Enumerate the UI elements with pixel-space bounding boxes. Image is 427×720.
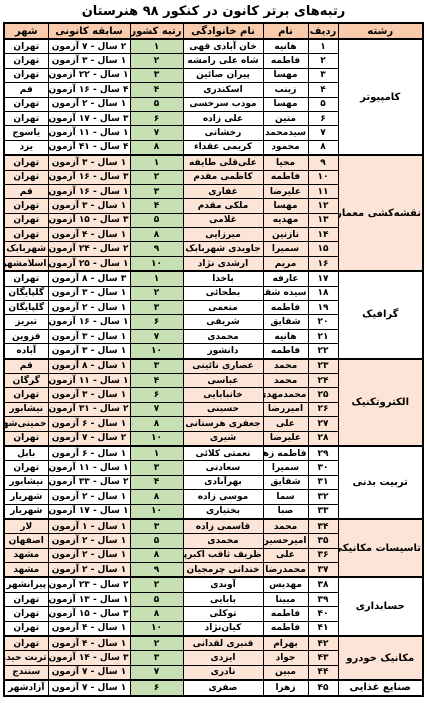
first-name-cell: مهسا	[263, 97, 308, 111]
rank-cell: ۸	[130, 548, 183, 562]
row-index-cell: ۷	[308, 126, 338, 140]
first-name-cell: فاطمه	[263, 344, 308, 359]
first-name-cell: علیرضا	[263, 184, 308, 198]
last-name-cell: بهرآبادی	[183, 475, 263, 489]
row-index-cell: ۶	[308, 111, 338, 125]
record-cell: ۲ سال - ۲۳ آزمون	[48, 577, 130, 592]
record-cell: ۱ سال - ۱۱ آزمون	[48, 373, 130, 387]
city-cell: مشهد	[4, 563, 48, 578]
first-name-cell: علیرضا	[263, 431, 308, 446]
first-name-cell: هانیه	[263, 329, 308, 343]
city-cell: نیشابور	[4, 402, 48, 416]
first-name-cell: فاطمه	[263, 170, 308, 184]
last-name-cell: پیران صائین	[183, 68, 263, 82]
record-cell: ۳ سال - ۱۵ آزمون	[48, 213, 130, 227]
city-cell: تهران	[4, 228, 48, 242]
row-index-cell: ۴۳	[308, 651, 338, 665]
table-body: کامپیوتر۱هانیهخان آبادی قهی۱۲ سال - ۷ آز…	[4, 39, 423, 696]
row-index-cell: ۳۴	[308, 519, 338, 534]
rank-cell: ۳	[130, 651, 183, 665]
table-row: گرافیک۱۷عارفهباخدا۱۳ سال - ۸ آزمونتهران	[4, 271, 423, 286]
rank-cell: ۴	[130, 83, 183, 97]
rank-cell: ۳	[130, 461, 183, 475]
record-cell: ۲ سال - ۳۳ آزمون	[48, 475, 130, 489]
last-name-cell: غلامی	[183, 213, 263, 227]
record-cell: ۱ سال - ۳ آزمون	[48, 329, 130, 343]
last-name-cell: شاه علی رامشه	[183, 54, 263, 68]
city-cell: گلپایگان	[4, 286, 48, 300]
record-cell: ۱ سال - ۱۶ آزمون	[48, 184, 130, 198]
city-cell: گلپایگان	[4, 301, 48, 315]
page-title: رتبه‌های برتر کانون در کنکور ۹۸ هنرستان	[0, 0, 427, 22]
row-index-cell: ۳۰	[308, 461, 338, 475]
table-row: صنایع غذایی۴۵زهراصفری۶۱ سال - ۷ آزمونآزا…	[4, 680, 423, 695]
record-cell: ۲ سال - ۳۱ آزمون	[48, 402, 130, 416]
first-name-cell: جواد	[263, 651, 308, 665]
city-cell: تهران	[4, 431, 48, 446]
first-name-cell: صبا	[263, 504, 308, 519]
row-index-cell: ۴۲	[308, 636, 338, 651]
first-name-cell: محمدمهدی	[263, 388, 308, 402]
column-header-rank: رتبه کشوری	[130, 23, 183, 39]
first-name-cell: امیررضا	[263, 402, 308, 416]
field-cell: مکانیک خودرو	[338, 636, 423, 680]
last-name-cell: حسینی	[183, 402, 263, 416]
city-cell: تهران	[4, 607, 48, 621]
field-cell: تاسیسات مکانیکی	[338, 519, 423, 578]
last-name-cell: جاویدی شهربابک	[183, 242, 263, 256]
record-cell: ۱ سال - ۶ آزمون	[48, 417, 130, 431]
city-cell: تربت حیدریه	[4, 651, 48, 665]
row-index-cell: ۳۳	[308, 504, 338, 519]
rank-cell: ۱۰	[130, 431, 183, 446]
record-cell: ۱ سال - ۴ آزمون	[48, 228, 130, 242]
row-index-cell: ۱۳	[308, 213, 338, 227]
city-cell: تهران	[4, 39, 48, 54]
last-name-cell: اسکندری	[183, 83, 263, 97]
first-name-cell: عارفه	[263, 271, 308, 286]
rank-cell: ۶	[130, 111, 183, 125]
row-index-cell: ۱۲	[308, 199, 338, 213]
rank-cell: ۵	[130, 592, 183, 606]
first-name-cell: محمد	[263, 519, 308, 534]
first-name-cell: مریم	[263, 256, 308, 271]
table-row: نقشه‌کشی معماری۹محیاعلی‌قلی طایفه۱۱ سال …	[4, 155, 423, 170]
column-header-first: نام	[263, 23, 308, 39]
rank-cell: ۳	[130, 359, 183, 374]
table-row: کامپیوتر۱هانیهخان آبادی قهی۱۲ سال - ۷ آز…	[4, 39, 423, 54]
record-cell: ۲ سال - ۷ آزمون	[48, 39, 130, 54]
row-index-cell: ۲۶	[308, 402, 338, 416]
city-cell: تهران	[4, 54, 48, 68]
row-index-cell: ۱۱	[308, 184, 338, 198]
row-index-cell: ۲	[308, 54, 338, 68]
first-name-cell: علی	[263, 417, 308, 431]
first-name-cell: فاطمه	[263, 621, 308, 636]
record-cell: ۱ سال - ۳ آزمون	[48, 286, 130, 300]
city-cell: آباده	[4, 344, 48, 359]
record-cell: ۱ سال - ۱۷ آزمون	[48, 504, 130, 519]
rank-cell: ۱	[130, 446, 183, 461]
city-cell: یاسوج	[4, 126, 48, 140]
rank-cell: ۸	[130, 607, 183, 621]
page: رتبه‌های برتر کانون در کنکور ۹۸ هنرستان …	[0, 0, 427, 720]
first-name-cell: سیدمحمد	[263, 126, 308, 140]
first-name-cell: محمدرضا	[263, 563, 308, 578]
rank-cell: ۱	[130, 271, 183, 286]
row-index-cell: ۴۰	[308, 607, 338, 621]
record-cell: ۱ سال - ۳ آزمون	[48, 155, 130, 170]
rank-cell: ۵	[130, 97, 183, 111]
last-name-cell: محمدی	[183, 329, 263, 343]
first-name-cell: مهدیس	[263, 577, 308, 592]
rank-cell: ۲	[130, 636, 183, 651]
row-index-cell: ۲۵	[308, 388, 338, 402]
row-index-cell: ۱۹	[308, 301, 338, 315]
row-index-cell: ۹	[308, 155, 338, 170]
last-name-cell: عصاری نائینی	[183, 359, 263, 374]
rank-cell: ۶	[130, 388, 183, 402]
record-cell: ۱ سال - ۲۵ آزمون	[48, 256, 130, 271]
row-index-cell: ۱۶	[308, 256, 338, 271]
city-cell: تبریز	[4, 315, 48, 329]
city-cell: اسلامشهر	[4, 256, 48, 271]
row-index-cell: ۴۵	[308, 680, 338, 695]
last-name-cell: دانشور	[183, 344, 263, 359]
row-index-cell: ۳۹	[308, 592, 338, 606]
record-cell: ۱ سال - ۲ آزمون	[48, 534, 130, 548]
first-name-cell: سمیرا	[263, 242, 308, 256]
city-cell: شهربابک	[4, 242, 48, 256]
first-name-cell: مهدیه	[263, 213, 308, 227]
city-cell: خمینی‌شهر	[4, 417, 48, 431]
city-cell: تهران	[4, 213, 48, 227]
rank-table: رشتهردیفنامنام خانوادگیرتبه کشوریسابقه ک…	[3, 22, 424, 697]
last-name-cell: جعفری هرستانی	[183, 417, 263, 431]
record-cell: ۳ سال - ۱۴ آزمون	[48, 651, 130, 665]
row-index-cell: ۲۸	[308, 431, 338, 446]
rank-cell: ۳	[130, 184, 183, 198]
last-name-cell: کریمی عقداء	[183, 140, 263, 155]
row-index-cell: ۳۵	[308, 534, 338, 548]
last-name-cell: صفری	[183, 680, 263, 695]
row-index-cell: ۲۴	[308, 373, 338, 387]
field-cell: گرافیک	[338, 271, 423, 358]
record-cell: ۱ سال - ۱۶ آزمون	[48, 315, 130, 329]
city-cell: گرگان	[4, 373, 48, 387]
column-header-field: رشته	[338, 23, 423, 39]
row-index-cell: ۳۱	[308, 475, 338, 489]
row-index-cell: ۳۶	[308, 548, 338, 562]
column-header-record: سابقه کانونی	[48, 23, 130, 39]
city-cell: قم	[4, 83, 48, 97]
record-cell: ۱ سال - ۲ آزمون	[48, 97, 130, 111]
row-index-cell: ۳	[308, 68, 338, 82]
row-index-cell: ۳۲	[308, 490, 338, 504]
record-cell: ۱ سال - ۳ آزمون	[48, 388, 130, 402]
rank-cell: ۱۰	[130, 504, 183, 519]
first-name-cell: نازنین	[263, 228, 308, 242]
row-index-cell: ۱۸	[308, 286, 338, 300]
column-header-city: شهر	[4, 23, 48, 39]
rank-cell: ۲	[130, 577, 183, 592]
city-cell: نیشابور	[4, 475, 48, 489]
row-index-cell: ۴۴	[308, 665, 338, 680]
city-cell: بابل	[4, 446, 48, 461]
rank-cell: ۲	[130, 54, 183, 68]
city-cell: لار	[4, 519, 48, 534]
rank-cell: ۷	[130, 329, 183, 343]
row-index-cell: ۳۸	[308, 577, 338, 592]
last-name-cell: آوندی	[183, 577, 263, 592]
field-cell: نقشه‌کشی معماری	[338, 155, 423, 271]
record-cell: ۳ سال - ۸ آزمون	[48, 271, 130, 286]
city-cell: تهران	[4, 461, 48, 475]
rank-cell: ۳	[130, 519, 183, 534]
rank-cell: ۸	[130, 490, 183, 504]
field-cell: تربیت بدنی	[338, 446, 423, 519]
row-index-cell: ۴	[308, 83, 338, 97]
last-name-cell: ایزدی	[183, 651, 263, 665]
last-name-cell: عباسی	[183, 373, 263, 387]
last-name-cell: علی‌قلی طایفه	[183, 155, 263, 170]
last-name-cell: رخشانی	[183, 126, 263, 140]
city-cell: قم	[4, 184, 48, 198]
record-cell: ۱ سال - ۷ آزمون	[48, 665, 130, 680]
row-index-cell: ۲۹	[308, 446, 338, 461]
rank-cell: ۱	[130, 155, 183, 170]
first-name-cell: محیا	[263, 155, 308, 170]
rank-cell: ۲	[130, 286, 183, 300]
record-cell: ۱ سال - ۶ آزمون	[48, 446, 130, 461]
city-cell: تهران	[4, 97, 48, 111]
first-name-cell: فاطمه	[263, 301, 308, 315]
rank-cell: ۷	[130, 402, 183, 416]
row-index-cell: ۱۴	[308, 228, 338, 242]
table-header: رشتهردیفنامنام خانوادگیرتبه کشوریسابقه ک…	[4, 23, 423, 39]
record-cell: ۲ سال - ۷ آزمون	[48, 431, 130, 446]
city-cell: یزد	[4, 140, 48, 155]
city-cell: قزوین	[4, 329, 48, 343]
last-name-cell: سعادتی	[183, 461, 263, 475]
record-cell: ۴ سال - ۴۱ آزمون	[48, 140, 130, 155]
table-row: الکتروتکنیک۲۳محمدعصاری نائینی۳۱ سال - ۸ …	[4, 359, 423, 374]
first-name-cell: بهرام	[263, 636, 308, 651]
first-name-cell: امیرحسین	[263, 534, 308, 548]
last-name-cell: شریفی	[183, 315, 263, 329]
record-cell: ۱ سال - ۲ آزمون	[48, 301, 130, 315]
row-index-cell: ۱۰	[308, 170, 338, 184]
last-name-cell: کیان‌نژاد	[183, 621, 263, 636]
rank-cell: ۱۰	[130, 256, 183, 271]
last-name-cell: مودب سرخسی	[183, 97, 263, 111]
record-cell: ۲ سال - ۲۴ آزمون	[48, 242, 130, 256]
record-cell: ۱ سال - ۳ آزمون	[48, 344, 130, 359]
first-name-cell: مهسا	[263, 68, 308, 82]
first-name-cell: زهرا	[263, 680, 308, 695]
first-name-cell: علی	[263, 548, 308, 562]
row-index-cell: ۸	[308, 140, 338, 155]
last-name-cell: محمدی	[183, 534, 263, 548]
record-cell: ۳ سال - ۱۵ آزمون	[48, 607, 130, 621]
record-cell: ۳ سال - ۱۷ آزمون	[48, 111, 130, 125]
last-name-cell: بختیاری	[183, 504, 263, 519]
first-name-cell: فاطمه	[263, 607, 308, 621]
table-row: تربیت بدنی۲۹فاطمه زهرانعمتی کلائی۱۱ سال …	[4, 446, 423, 461]
last-name-cell: باخدا	[183, 271, 263, 286]
record-cell: ۱ سال - ۳ آزمون	[48, 199, 130, 213]
record-cell: ۱ سال - ۲ آزمون	[48, 490, 130, 504]
city-cell: سنندج	[4, 665, 48, 680]
rank-cell: ۹	[130, 242, 183, 256]
field-cell: کامپیوتر	[338, 39, 423, 155]
rank-cell: ۶	[130, 315, 183, 329]
first-name-cell: هانیه	[263, 39, 308, 54]
city-cell: شهریار	[4, 504, 48, 519]
row-index-cell: ۲۲	[308, 344, 338, 359]
record-cell: ۱ سال - ۱۱ آزمون	[48, 461, 130, 475]
city-cell: تهران	[4, 111, 48, 125]
row-index-cell: ۲۳	[308, 359, 338, 374]
city-cell: تهران	[4, 170, 48, 184]
record-cell: ۱ سال - ۱ آزمون	[48, 519, 130, 534]
record-cell: ۳ سال - ۱۶ آزمون	[48, 170, 130, 184]
table-row: تاسیسات مکانیکی۳۴محمدقاسمی زاده۳۱ سال - …	[4, 519, 423, 534]
first-name-cell: متین	[263, 111, 308, 125]
last-name-cell: قاسمی زاده	[183, 519, 263, 534]
rank-cell: ۵	[130, 534, 183, 548]
last-name-cell: بابایی	[183, 592, 263, 606]
rank-cell: ۵	[130, 213, 183, 227]
rank-cell: ۸	[130, 417, 183, 431]
row-index-cell: ۲۷	[308, 417, 338, 431]
rank-cell: ۸	[130, 140, 183, 155]
last-name-cell: کاظمی مقدم	[183, 170, 263, 184]
last-name-cell: ظریف ثاقب اکبرپور	[183, 548, 263, 562]
city-cell: تهران	[4, 199, 48, 213]
city-cell: تهران	[4, 271, 48, 286]
last-name-cell: میرزایی	[183, 228, 263, 242]
rank-cell: ۲	[130, 170, 183, 184]
row-index-cell: ۱۵	[308, 242, 338, 256]
rank-cell: ۱۰	[130, 344, 183, 359]
first-name-cell: فاطمه	[263, 54, 308, 68]
rank-cell: ۴	[130, 199, 183, 213]
city-cell: تهران	[4, 155, 48, 170]
first-name-cell: شقایق	[263, 315, 308, 329]
row-index-cell: ۵	[308, 97, 338, 111]
city-cell: تهران	[4, 621, 48, 636]
city-cell: تهران	[4, 388, 48, 402]
column-header-row: ردیف	[308, 23, 338, 39]
first-name-cell: سیده شقایق	[263, 286, 308, 300]
record-cell: ۱ سال - ۲۲ آزمون	[48, 68, 130, 82]
row-index-cell: ۴۱	[308, 621, 338, 636]
city-cell: قم	[4, 359, 48, 374]
record-cell: ۱ سال - ۲ آزمون	[48, 548, 130, 562]
record-cell: ۱ سال - ۴ آزمون	[48, 636, 130, 651]
rank-cell: ۴	[130, 373, 183, 387]
rank-cell: ۶	[130, 680, 183, 695]
city-cell: تهران	[4, 592, 48, 606]
first-name-cell: محمود	[263, 140, 308, 155]
rank-cell: ۸	[130, 228, 183, 242]
field-cell: حسابداری	[338, 577, 423, 636]
rank-cell: ۱۰	[130, 621, 183, 636]
last-name-cell: خان آبادی قهی	[183, 39, 263, 54]
first-name-cell: سما	[263, 490, 308, 504]
first-name-cell: مبینا	[263, 592, 308, 606]
record-cell: ۱ سال - ۲ آزمون	[48, 563, 130, 578]
last-name-cell: قنبری لقدانی	[183, 636, 263, 651]
last-name-cell: خندانی چرمجیان	[183, 563, 263, 578]
record-cell: ۱ سال - ۴ آزمون	[48, 621, 130, 636]
record-cell: ۱ سال - ۷ آزمون	[48, 680, 130, 695]
first-name-cell: فاطمه زهرا	[263, 446, 308, 461]
last-name-cell: نادری	[183, 665, 263, 680]
record-cell: ۱ سال - ۸ آزمون	[48, 359, 130, 374]
last-name-cell: ارشدی نژاد	[183, 256, 263, 271]
row-index-cell: ۱۷	[308, 271, 338, 286]
rank-cell: ۱	[130, 39, 183, 54]
first-name-cell: محمد	[263, 359, 308, 374]
city-cell: تهران	[4, 636, 48, 651]
last-name-cell: علی زاده	[183, 111, 263, 125]
first-name-cell: محمد	[263, 373, 308, 387]
record-cell: ۱ سال - ۳ آزمون	[48, 54, 130, 68]
row-index-cell: ۲۰	[308, 315, 338, 329]
row-index-cell: ۳۷	[308, 563, 338, 578]
city-cell: پیرانشهر	[4, 577, 48, 592]
rank-cell: ۴	[130, 475, 183, 489]
first-name-cell: زینب	[263, 83, 308, 97]
last-name-cell: بطحائی	[183, 286, 263, 300]
record-cell: ۱ سال - ۱۱ آزمون	[48, 126, 130, 140]
field-cell: الکتروتکنیک	[338, 359, 423, 446]
header-row: رشتهردیفنامنام خانوادگیرتبه کشوریسابقه ک…	[4, 23, 423, 39]
last-name-cell: ملکی مقدم	[183, 199, 263, 213]
city-cell: مشهد	[4, 548, 48, 562]
last-name-cell: توکلی	[183, 607, 263, 621]
rank-cell: ۳	[130, 68, 183, 82]
rank-cell: ۷	[130, 126, 183, 140]
first-name-cell: شقایق	[263, 475, 308, 489]
rank-cell: ۷	[130, 665, 183, 680]
last-name-cell: شیری	[183, 431, 263, 446]
row-index-cell: ۱	[308, 39, 338, 54]
city-cell: اصفهان	[4, 534, 48, 548]
rank-cell: ۳	[130, 301, 183, 315]
last-name-cell: منعمی	[183, 301, 263, 315]
row-index-cell: ۲۱	[308, 329, 338, 343]
last-name-cell: خانبابایی	[183, 388, 263, 402]
table-row: مکانیک خودرو۴۲بهرامقنبری لقدانی۲۱ سال - …	[4, 636, 423, 651]
first-name-cell: سمیرا	[263, 461, 308, 475]
city-cell: شهریار	[4, 490, 48, 504]
last-name-cell: موسی زاده	[183, 490, 263, 504]
first-name-cell: مبین	[263, 665, 308, 680]
record-cell: ۱ سال - ۱۳ آزمون	[48, 592, 130, 606]
field-cell: صنایع غذایی	[338, 680, 423, 695]
last-name-cell: غفاری	[183, 184, 263, 198]
column-header-last: نام خانوادگی	[183, 23, 263, 39]
first-name-cell: مهسا	[263, 199, 308, 213]
last-name-cell: نعمتی کلائی	[183, 446, 263, 461]
record-cell: ۴ سال - ۱۶ آزمون	[48, 83, 130, 97]
city-cell: تهران	[4, 68, 48, 82]
city-cell: آزادشهر	[4, 680, 48, 695]
table-row: حسابداری۳۸مهدیسآوندی۲۲ سال - ۲۳ آزمونپیر…	[4, 577, 423, 592]
